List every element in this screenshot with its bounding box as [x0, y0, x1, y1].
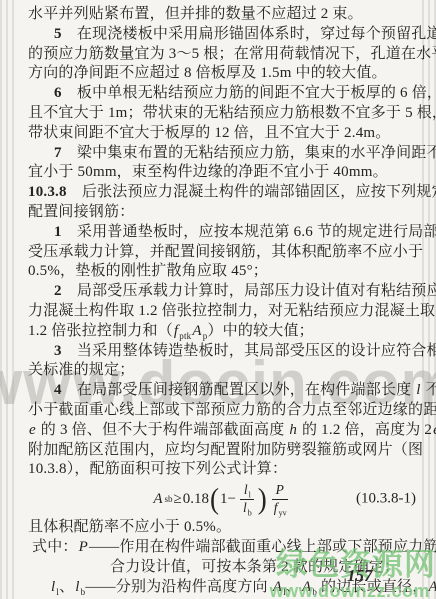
eq-lhs-var: A — [152, 491, 163, 508]
text-line: e 的 3 倍、但不大于构件端部截面高度 h 的 1.2 倍，高度为 2e 的 — [28, 421, 416, 441]
text-line: 受压承载力计算，并配置间接钢筋，其体积配筋率不应小于 — [28, 243, 416, 263]
eq-one-minus: 1− — [220, 491, 236, 508]
text-line: 2 局部受压承载力计算时，局部压力设计值对有粘结预应 — [54, 282, 416, 302]
page-text: 水平并列贴紧布置，但并排的数量不应超过 2 束。5 在现浇楼板中采用扁形锚固体系… — [28, 5, 416, 597]
eq-fraction-ll-lb: ll lb — [239, 482, 255, 515]
text-line: 且体积配筋率不应小于 0.5%。 — [28, 518, 416, 538]
text-line: 7 梁中集束布置的无粘结预应力筋，集束的水平净间距不 — [54, 144, 416, 164]
eq-fraction-p-fyv: P fyv — [270, 482, 290, 515]
text-line: 带状束间距不宜大于板厚的 12 倍，且不宜大于 2.4m。 — [28, 124, 416, 144]
eq-frac1-denominator: lb — [239, 500, 255, 516]
eq-frac2-numerator: P — [272, 482, 288, 499]
text-line: 附加配筋区范围内，应均匀配置附加防劈裂箍筋或网片（图 — [28, 441, 416, 461]
text-line: 6 板中单根无粘结预应力筋的间距不宜大于板厚的 6 倍， — [54, 84, 416, 104]
text-line: 水平并列贴紧布置，但并排的数量不应超过 2 束。 — [28, 5, 416, 25]
text-line: 10.3.8），配筋面积可按下列公式计算： — [28, 460, 416, 480]
text-line: 力混凝土构件取 1.2 倍张拉控制力，对无粘结预应力混凝土取 — [28, 302, 416, 322]
eq-frac2-denominator: fyv — [270, 500, 290, 516]
text-line: 3 当采用整体铸造垫板时，其局部受压区的设计应符合相 — [54, 342, 416, 362]
text-line: 0.5%，垫板的刚性扩散角应取 45°； — [28, 262, 416, 282]
text-line: 1 采用普通垫板时，应按本规范第 6.6 节的规定进行局部 — [54, 223, 416, 243]
eq-paren-open: ( — [210, 485, 219, 514]
text-line: 关标准的规定； — [28, 361, 416, 381]
eq-frac1-numerator: ll — [240, 482, 254, 499]
text-line: 小于截面重心线上部或下部预应力筋的合力点至邻近边缘的距离 — [28, 401, 416, 421]
text-line: 配置间接钢筋： — [28, 203, 416, 223]
text-line: 方向的净间距不应超过 8 倍板厚及 1.5m 中的较大值。 — [28, 64, 416, 84]
text-line: 且不宜大于 1m；带状束的无粘结预应力筋根数不宜多于 5 根， — [28, 104, 416, 124]
equation-number: (10.3.8-1) — [356, 491, 416, 508]
equation-body: Asb ≥ 0.18 ( 1− ll lb ) P fyv — [152, 482, 291, 515]
page-number: 157 — [347, 566, 373, 586]
text-line: 5 在现浇楼板中采用扁形锚固体系时，穿过每个预留孔道 — [54, 25, 416, 45]
text-line: 宜小于 50mm，束至构件边缘的净距不宜小于 40mm。 — [28, 163, 416, 183]
scan-edge-stripes-left — [0, 0, 18, 599]
text-line: 4 在局部受压间接钢筋配置区以外，在构件端部长度 l 不 — [54, 381, 416, 401]
text-line: 10.3.8 后张法预应力混凝土构件的端部锚固区，应按下列规定 — [28, 183, 416, 203]
text-line: 1.2 倍张拉控制力和（fptkAp）中的较大值； — [28, 322, 416, 342]
eq-paren-close: ) — [258, 485, 267, 514]
eq-coefficient: 0.18 — [183, 491, 209, 508]
equation-10-3-8-1: Asb ≥ 0.18 ( 1− ll lb ) P fyv (10.3.8-1) — [28, 481, 416, 517]
eq-relation: ≥ — [174, 491, 182, 508]
text-line: 的预应力筋数量宜为 3～5 根；在常用荷载情况下，孔道在水平 — [28, 45, 416, 65]
document-page: www.docin.com 水平并列贴紧布置，但并排的数量不应超过 2 束。5 … — [0, 0, 436, 599]
